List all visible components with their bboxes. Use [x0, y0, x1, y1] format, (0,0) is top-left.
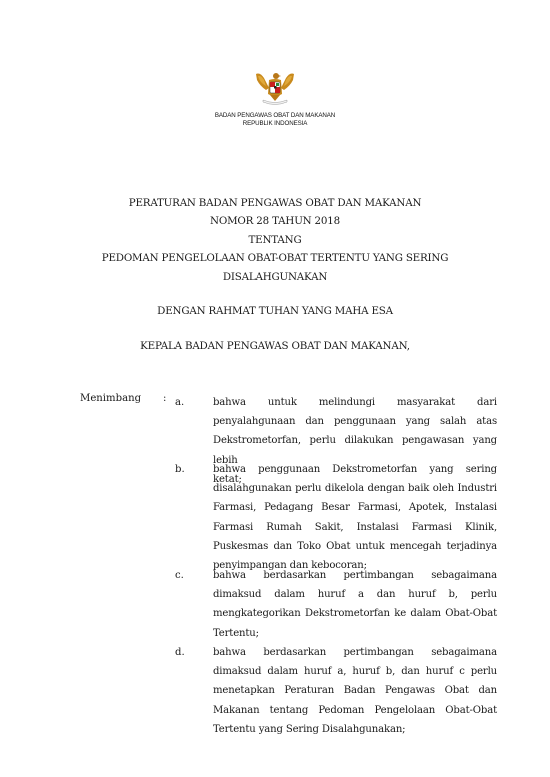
- invocation: DENGAN RAHMAT TUHAN YANG MAHA ESA: [0, 305, 550, 317]
- text-line: Farmasi, Pedagang Besar Farmasi, Apotek,…: [213, 498, 497, 517]
- text-line: Tertentu;: [213, 624, 497, 643]
- text-line: Farmasi Rumah Sakit, Instalasi Farmasi K…: [213, 518, 497, 537]
- text-line: dimaksud dalam huruf a, huruf b, dan hur…: [213, 662, 497, 681]
- regulation-subject-line1: PEDOMAN PENGELOLAAN OBAT-OBAT TERTENTU Y…: [0, 252, 550, 264]
- authority-title: KEPALA BADAN PENGAWAS OBAT DAN MAKANAN,: [0, 340, 550, 352]
- text-line: Tertentu yang Sering Disalahgunakan;: [213, 720, 497, 739]
- considering-item-d: d. bahwa berdasarkan pertimbangan sebaga…: [175, 643, 497, 739]
- item-marker: a.: [175, 393, 203, 412]
- considering-colon: :: [163, 393, 166, 404]
- text-line: bahwa untuk melindungi masyarakat dari: [213, 393, 497, 412]
- agency-country: REPUBLIK INDONESIA: [0, 120, 550, 127]
- considering-label: Menimbang: [80, 393, 141, 404]
- text-line: bahwa berdasarkan pertimbangan sebagaima…: [213, 566, 497, 585]
- item-marker: c.: [175, 566, 203, 585]
- text-line: mengkategorikan Dekstrometorfan ke dalam…: [213, 604, 497, 623]
- considering-item-b: b. bahwa penggunaan Dekstrometorfan yang…: [175, 460, 497, 575]
- text-line: menetapkan Peraturan Badan Pengawas Obat…: [213, 681, 497, 700]
- regulation-number: NOMOR 28 TAHUN 2018: [0, 215, 550, 227]
- regulation-about-label: TENTANG: [0, 234, 550, 246]
- regulation-subject-line2: DISALAHGUNAKAN: [0, 271, 550, 283]
- garuda-emblem-icon: [254, 70, 296, 106]
- agency-name: BADAN PENGAWAS OBAT DAN MAKANAN: [0, 112, 550, 119]
- item-text: bahwa berdasarkan pertimbangan sebagaima…: [213, 643, 497, 739]
- considering-item-c: c. bahwa berdasarkan pertimbangan sebaga…: [175, 566, 497, 643]
- text-line: disalahgunakan perlu dikelola dengan bai…: [213, 479, 497, 498]
- text-line: penyalahgunaan dan penggunaan yang salah…: [213, 412, 497, 431]
- text-line: bahwa penggunaan Dekstrometorfan yang se…: [213, 460, 497, 479]
- item-text: bahwa berdasarkan pertimbangan sebagaima…: [213, 566, 497, 643]
- item-text: bahwa penggunaan Dekstrometorfan yang se…: [213, 460, 497, 575]
- item-marker: b.: [175, 460, 203, 479]
- text-line: Makanan tentang Pedoman Pengelolaan Obat…: [213, 701, 497, 720]
- text-line: bahwa berdasarkan pertimbangan sebagaima…: [213, 643, 497, 662]
- item-marker: d.: [175, 643, 203, 662]
- text-line: dimaksud dalam huruf a dan huruf b, perl…: [213, 585, 497, 604]
- regulation-title: PERATURAN BADAN PENGAWAS OBAT DAN MAKANA…: [0, 197, 550, 209]
- text-line: Puskesmas dan Toko Obat untuk mencegah t…: [213, 537, 497, 556]
